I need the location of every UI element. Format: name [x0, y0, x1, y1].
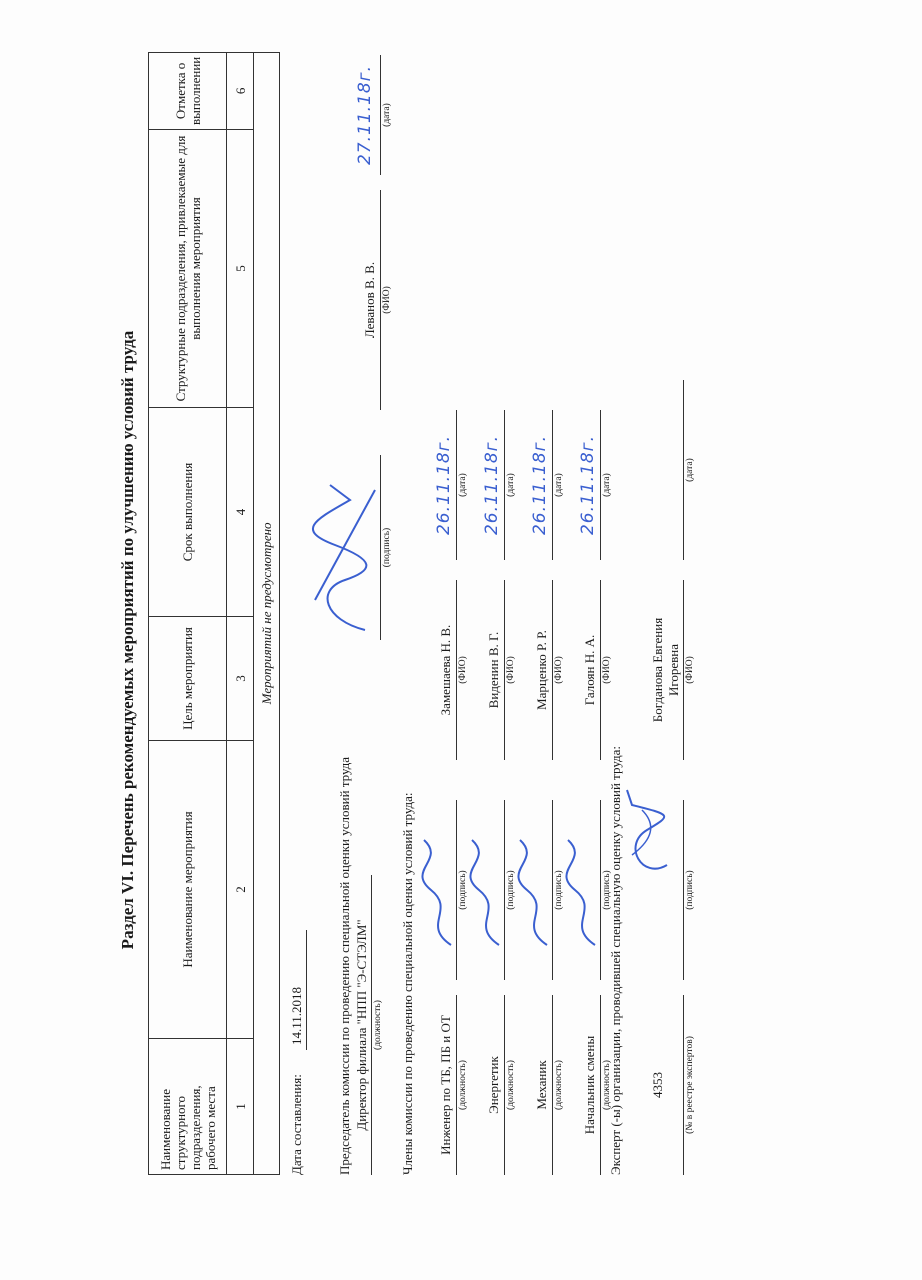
date-underline	[306, 930, 307, 1050]
date-label: Дата составления:	[289, 1074, 305, 1175]
member-date-caption: (дата)	[506, 410, 516, 560]
chairman-name-caption: (ФИО)	[382, 190, 392, 410]
header-completion-mark: Отметка о выполнении	[149, 52, 227, 129]
member-position-caption: (должность)	[602, 995, 612, 1175]
underline	[600, 800, 601, 980]
member-date-caption: (дата)	[458, 410, 468, 560]
underline	[552, 410, 553, 560]
member-position: Механик	[534, 995, 550, 1175]
chairman-signature	[305, 480, 390, 640]
expert-registry-caption: (№ в реестре экспертов)	[685, 995, 695, 1175]
chairman-signature-caption: (подпись)	[382, 455, 392, 640]
chairman-position: Директор филиала "НПП "Э-СТЭЛМ"	[354, 875, 370, 1175]
column-number: 6	[227, 52, 254, 129]
underline	[504, 410, 505, 560]
members-heading: Члены комиссии по проведению специальной…	[400, 792, 416, 1175]
member-name-caption: (ФИО)	[458, 580, 468, 760]
chairman-name: Леванов В. В.	[362, 190, 378, 410]
expert-name-caption: (ФИО)	[685, 580, 695, 760]
underline	[600, 995, 601, 1175]
member-name: Марценко Р. Р.	[534, 580, 550, 760]
member-position: Начальник смены	[582, 995, 598, 1175]
member-name: Галоян Н. А.	[582, 580, 598, 760]
underline	[552, 580, 553, 760]
underline	[504, 800, 505, 980]
document-page: Раздел VI. Перечень рекомендуемых меропр…	[0, 0, 922, 1280]
underline	[600, 410, 601, 560]
member-position: Инженер по ТБ, ПБ и ОТ	[438, 995, 454, 1175]
chairman-date-caption: (дата)	[382, 55, 392, 175]
header-goal: Цель мероприятия	[149, 617, 227, 741]
column-number: 3	[227, 617, 254, 741]
underline	[456, 580, 457, 760]
section-title: Раздел VI. Перечень рекомендуемых меропр…	[118, 0, 138, 1280]
no-measures-note: Мероприятий не предусмотрено	[254, 52, 280, 1174]
underline	[456, 995, 457, 1175]
member-position: Энергетик	[486, 995, 502, 1175]
member-signature-caption: (подпись)	[602, 800, 612, 980]
expert-registry-number: 4353	[650, 995, 666, 1175]
member-position-caption: (должность)	[506, 995, 516, 1175]
underline	[552, 800, 553, 980]
column-number: 2	[227, 741, 254, 1039]
member-date-caption: (дата)	[602, 410, 612, 560]
chairman-position-caption: (должность)	[373, 875, 383, 1175]
column-number: 5	[227, 130, 254, 408]
header-workplace: Наименование структурного подразделения,…	[149, 1039, 227, 1175]
underline	[504, 995, 505, 1175]
member-name-caption: (ФИО)	[506, 580, 516, 760]
member-date: 26.11.18г.	[578, 410, 598, 560]
member-position-caption: (должность)	[554, 995, 564, 1175]
member-position-caption: (должность)	[458, 995, 468, 1175]
member-date: 26.11.18г.	[482, 410, 502, 560]
measures-table: Наименование структурного подразделения,…	[148, 52, 280, 1175]
column-number: 1	[227, 1039, 254, 1175]
column-number: 4	[227, 408, 254, 617]
expert-date-caption: (дата)	[685, 380, 695, 560]
member-name: Замешаева Н. В.	[438, 580, 454, 760]
member-date: 26.11.18г.	[434, 410, 454, 560]
member-name-caption: (ФИО)	[554, 580, 564, 760]
header-departments: Структурные подразделения, привлекаемые …	[149, 130, 227, 408]
underline	[504, 580, 505, 760]
member-date: 26.11.18г.	[530, 410, 550, 560]
underline	[456, 800, 457, 980]
header-deadline: Срок выполнения	[149, 408, 227, 617]
underline	[600, 580, 601, 760]
date-value: 14.11.2018	[289, 987, 305, 1045]
expert-name-line2: Игоревна	[666, 580, 682, 760]
member-date-caption: (дата)	[554, 410, 564, 560]
underline	[552, 995, 553, 1175]
expert-signature-caption: (подпись)	[685, 800, 695, 980]
expert-signature	[612, 785, 687, 885]
member-name-caption: (ФИО)	[602, 580, 612, 760]
underline	[456, 410, 457, 560]
chairman-heading: Председатель комиссии по проведению спец…	[337, 757, 353, 1175]
header-measure-name: Наименование мероприятия	[149, 741, 227, 1039]
chairman-date: 27.11.18г.	[355, 55, 375, 175]
expert-name-line1: Богданова Евгения	[650, 580, 666, 760]
member-name: Виденин В. Г.	[486, 580, 502, 760]
